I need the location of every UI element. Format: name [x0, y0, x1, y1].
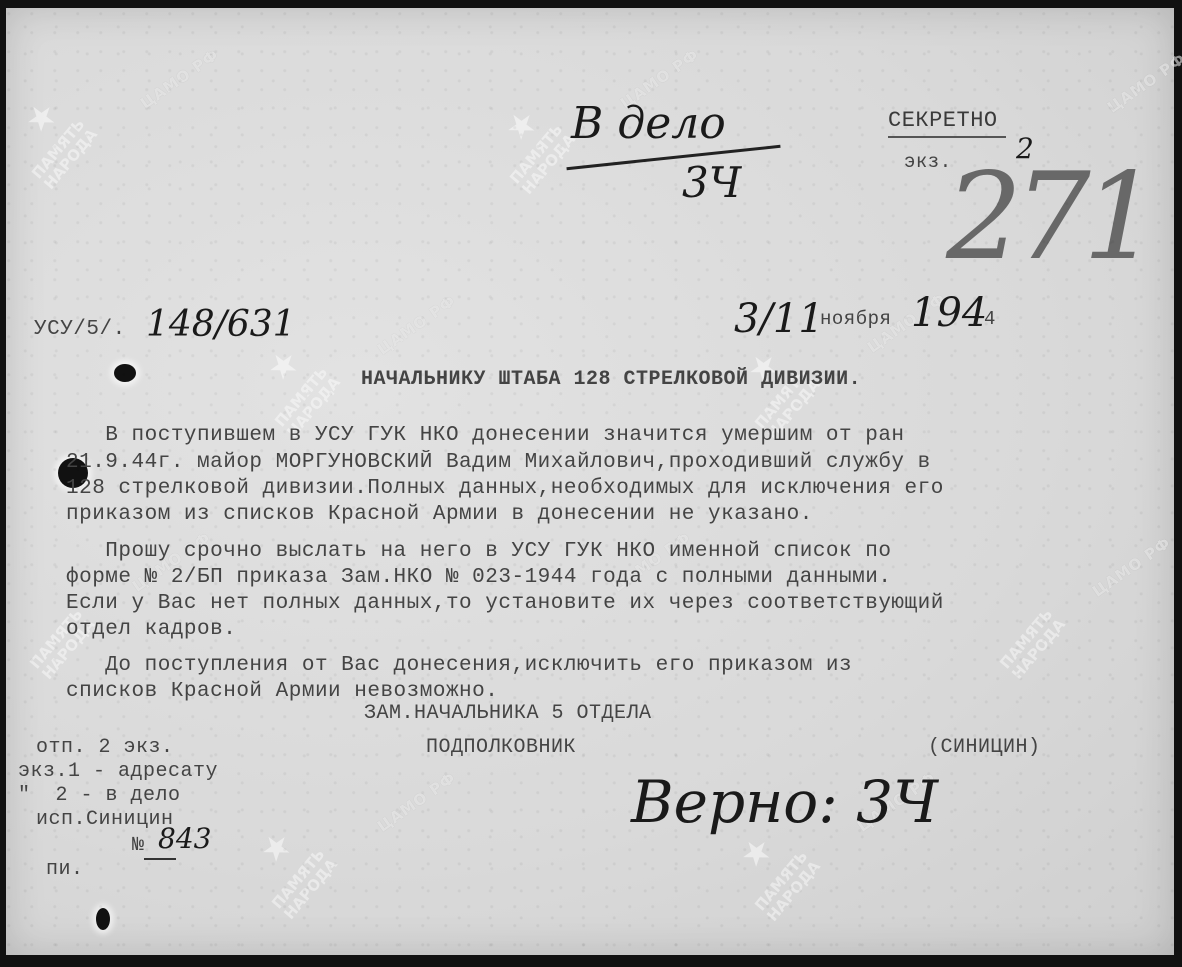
star-icon: ★	[252, 823, 300, 873]
handwritten-resolution: В дело	[571, 98, 726, 149]
ref-number-handwritten: 148/631	[146, 304, 296, 345]
footer-note: " 2 - в дело	[18, 784, 181, 807]
body-line: 128 стрелковой дивизии.Полных данных,нео…	[66, 477, 944, 500]
copy-label: экз.	[904, 151, 952, 173]
watermark-archive: ЦАМО РФ	[137, 45, 222, 112]
body-line: форме № 2/БП приказа Зам.НКО № 023-1944 …	[66, 566, 891, 589]
watermark-project: ПАМЯТЬ НАРОДА	[997, 606, 1068, 682]
watermark-archive: ЦАМО РФ	[1104, 49, 1182, 116]
punch-hole	[96, 908, 110, 930]
ref-number-typed: УСУ/5/.	[34, 318, 126, 341]
watermark-archive: ЦАМО РФ	[374, 768, 459, 835]
body-line: До поступления от Вас донесения,исключит…	[66, 654, 852, 677]
outgoing-number-label: №	[132, 834, 145, 857]
body-line: списков Красной Армии невозможно.	[66, 680, 498, 703]
secrecy-stamp: СЕКРЕТНО	[888, 108, 998, 133]
body-line: Прошу срочно выслать на него в УСУ ГУК Н…	[66, 540, 891, 563]
stamp-underline	[888, 136, 1006, 138]
signatory-position: ЗАМ.НАЧАЛЬНИКА 5 ОТДЕЛА	[364, 702, 652, 725]
handwritten-initials: 3Ч	[682, 158, 741, 207]
punch-hole	[114, 364, 136, 382]
body-line: 21.9.44г. майор МОРГУНОВСКИЙ Вадим Михай…	[66, 451, 931, 474]
date-year-digit: 4	[984, 308, 996, 330]
date-day-handwritten: 3/11	[734, 296, 824, 342]
watermark-archive: ЦАМО РФ	[374, 291, 459, 358]
document-page: ЦАМО РФ ЦАМО РФ ЦАМО РФ ЦАМО РФ ЦАМО РФ …	[6, 8, 1174, 955]
certification-handwritten: Верно: 3Ч	[631, 768, 938, 836]
body-line: Если у Вас нет полных данных,то установи…	[66, 592, 944, 615]
body-line: приказом из списков Красной Армии в доне…	[66, 503, 813, 526]
signatory-name: (СИНИЦИН)	[928, 736, 1041, 759]
body-line: В поступившем в УСУ ГУК НКО донесении зн…	[66, 424, 905, 447]
archive-sheet-number: 271	[946, 148, 1151, 287]
date-year-handwritten: 194	[911, 290, 987, 336]
addressee: НАЧАЛЬНИКУ ШТАБА 128 СТРЕЛКОВОЙ ДИВИЗИИ.	[361, 368, 861, 391]
body-line: отдел кадров.	[66, 618, 236, 641]
date-month: ноября	[820, 308, 891, 330]
footer-note: исп.Синицин	[36, 808, 174, 831]
footer-note: отп. 2 экз.	[36, 736, 174, 759]
typist-initials: пи.	[46, 858, 84, 881]
outgoing-number-value: 843	[158, 822, 211, 855]
footer-note: экз.1 - адресату	[18, 760, 218, 783]
number-underline	[144, 858, 176, 860]
signatory-rank: ПОДПОЛКОВНИК	[426, 736, 576, 759]
watermark-archive: ЦАМО РФ	[1089, 533, 1174, 600]
